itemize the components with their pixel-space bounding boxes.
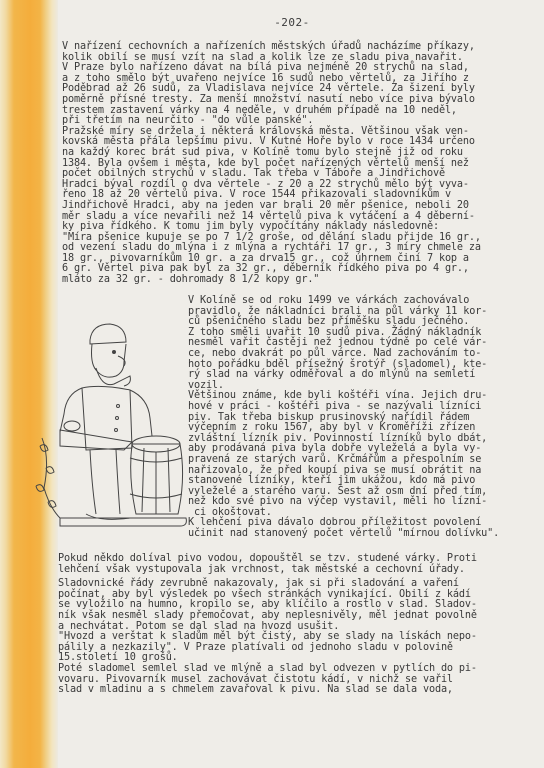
text-line: poměrně přísné tresty. Za menší množství…: [62, 95, 481, 106]
text-line: pravená ze starých varů. Krčmářům a přes…: [188, 455, 499, 466]
text-line: V nařízení cechovních a nařízeních městs…: [62, 42, 481, 53]
text-line: lehčení však vystupovala jak vrchnost, t…: [58, 565, 477, 576]
text-line: ce, nebo dvakrát po půl várce. Nad zacho…: [188, 349, 499, 360]
text-line: rý slad na várky odměřoval a do mlýnů na…: [188, 370, 499, 381]
text-line: V Kolíně se od roku 1499 ve várkách zach…: [188, 296, 499, 307]
text-line: Poté sladomel semlel slad ve mlýně a sla…: [58, 664, 477, 675]
text-block-right: V Kolíně se od roku 1499 ve várkách zach…: [188, 296, 499, 540]
text-block-top: V nařízení cechovních a nařízeních městs…: [62, 42, 481, 286]
text-line: ník však nesměl slady přemočovat, aby ne…: [58, 611, 477, 622]
page-number: -202-: [0, 16, 544, 29]
text-line: Jindřichově Hradci, aby na jeden var bra…: [62, 201, 481, 212]
text-block-bottom: Pokud někdo dolíval pivo vodou, dopouště…: [58, 554, 477, 696]
text-line: slad v mladinu a s chmelem zavařoval k p…: [58, 685, 477, 696]
text-line: na každý korec brát sud piva, v Kolíně t…: [62, 148, 481, 159]
text-line: hové v práci - koštéři piva - se nazýval…: [188, 402, 499, 413]
brewer-illustration: [20, 318, 190, 528]
text-line: Pokud někdo dolíval pivo vodou, dopouště…: [58, 554, 477, 565]
text-line: mláto za 32 gr. - dohromady 8 1/2 kopy g…: [62, 275, 481, 286]
text-line: učinit nad stanovený počet věrtelů "mírn…: [188, 529, 499, 540]
